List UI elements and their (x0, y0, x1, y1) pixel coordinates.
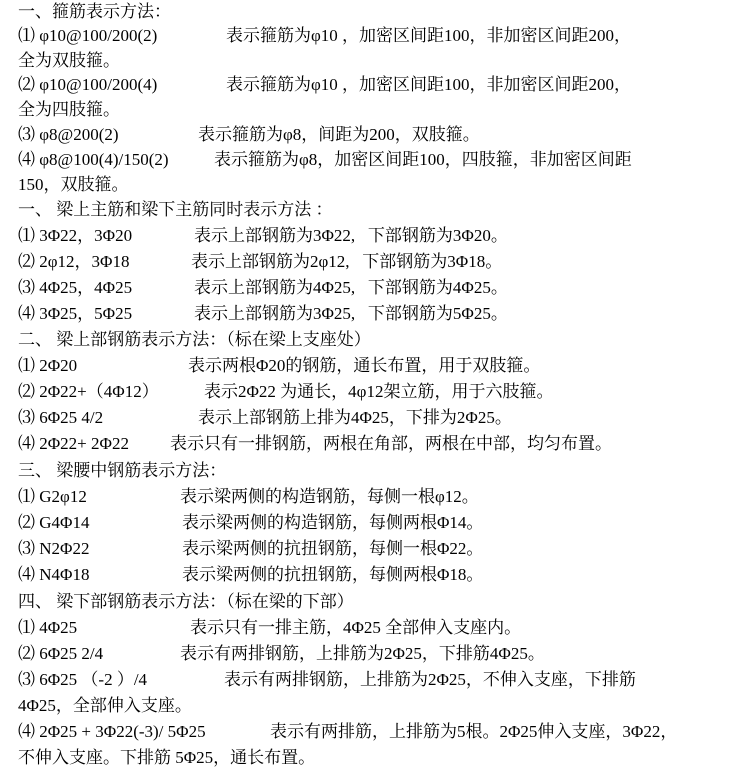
list-item: ⑷ φ8@100(4)/150(2)表示箍筋为φ8，加密区间距100，四肢箍，非… (18, 148, 169, 172)
list-item: ⑴ 2Φ20表示两根Φ20的钢筋，通长布置，用于双肢箍。 (18, 354, 77, 378)
item-number: ⑶ (18, 125, 35, 144)
item-code: 4Φ25，4Φ25 (39, 276, 132, 300)
list-item: ⑴ 3Φ22，3Φ20表示上部钢筋为3Φ22, 下部钢筋为3Φ20。 (18, 224, 132, 248)
item-number: ⑷ (18, 565, 35, 584)
item-continuation: 全为四肢箍。 (18, 98, 120, 122)
item-code: 3Φ22，3Φ20 (39, 224, 132, 248)
list-item: ⑶ 4Φ25，4Φ25表示上部钢筋为4Φ25, 下部钢筋为4Φ25。 (18, 276, 132, 300)
item-number: ⑵ (18, 75, 35, 94)
list-item: ⑶ 6Φ25 4/2表示上部钢筋上排为4Φ25，下排为2Φ25。 (18, 406, 103, 430)
item-code: 2φ12，3Φ18 (39, 250, 129, 274)
item-code: N4Φ18 (39, 563, 89, 587)
section-heading: 一、 梁上主筋和梁下主筋同时表示方法 ： (18, 198, 333, 222)
item-description: 表示2Φ22 为通长，4φ12架立筋，用于六肢箍。 (204, 380, 554, 404)
list-item: ⑴ G2φ12表示梁两侧的构造钢筋，每侧一根φ12。 (18, 485, 87, 509)
item-code: G2φ12 (39, 485, 87, 509)
item-code: 2Φ20 (39, 354, 77, 378)
item-number: ⑵ (18, 513, 35, 532)
item-continuation: 4Φ25，全部伸入支座。 (18, 694, 192, 718)
item-number: ⑷ (18, 304, 35, 323)
item-number: ⑴ (18, 356, 35, 375)
item-number: ⑵ (18, 252, 35, 271)
item-continuation: 150，双肢箍。 (18, 173, 129, 197)
item-description: 表示有两排筋，上排筋为5根。2Φ25伸入支座，3Φ22， (270, 720, 677, 744)
item-code: 2Φ25 + 3Φ22(-3)/ 5Φ25 (39, 720, 205, 744)
item-number: ⑷ (18, 150, 35, 169)
item-code: 3Φ25，5Φ25 (39, 302, 132, 326)
list-item: ⑷ 2Φ22+ 2Φ22表示只有一排钢筋，两根在角部，两根在中部，均匀布置。 (18, 432, 129, 456)
list-item: ⑵ 6Φ25 2/4表示有两排钢筋，上排筋为2Φ25，下排筋4Φ25。 (18, 642, 103, 666)
item-description: 表示上部钢筋为4Φ25, 下部钢筋为4Φ25。 (194, 276, 508, 300)
item-number: ⑶ (18, 670, 35, 689)
list-item: ⑵ G4Φ14表示梁两侧的构造钢筋，每侧两根Φ14。 (18, 511, 89, 535)
item-number: ⑵ (18, 644, 35, 663)
item-continuation: 不伸入支座。下排筋 5Φ25，通长布置。 (18, 746, 315, 770)
item-number: ⑴ (18, 487, 35, 506)
item-code: 6Φ25 （-2 ）/4 (39, 668, 147, 692)
item-number: ⑷ (18, 722, 35, 741)
item-code: N2Φ22 (39, 537, 89, 561)
item-description: 表示只有一排钢筋，两根在角部，两根在中部，均匀布置。 (170, 432, 612, 456)
item-description: 表示上部钢筋为3Φ25, 下部钢筋为5Φ25。 (194, 302, 508, 326)
list-item: ⑶ 6Φ25 （-2 ）/4表示有两排钢筋，上排筋为2Φ25，不伸入支座，下排筋 (18, 668, 147, 692)
item-code: 2Φ22+（4Φ12） (39, 380, 158, 404)
list-item: ⑷ 2Φ25 + 3Φ22(-3)/ 5Φ25表示有两排筋，上排筋为5根。2Φ2… (18, 720, 206, 744)
list-item: ⑶ N2Φ22表示梁两侧的抗扭钢筋，每侧一根Φ22。 (18, 537, 89, 561)
item-number: ⑵ (18, 382, 35, 401)
item-description: 表示上部钢筋为2φ12, 下部钢筋为3Φ18。 (191, 250, 502, 274)
item-description: 表示上部钢筋上排为4Φ25，下排为2Φ25。 (198, 406, 512, 430)
list-item: ⑴ 4Φ25表示只有一排主筋，4Φ25 全部伸入支座内。 (18, 616, 77, 640)
list-item: ⑵ 2Φ22+（4Φ12）表示2Φ22 为通长，4φ12架立筋，用于六肢箍。 (18, 380, 159, 404)
item-description: 表示两根Φ20的钢筋，通长布置，用于双肢箍。 (188, 354, 540, 378)
section-heading: 二、 梁上部钢筋表示方法：（标在梁上支座处） (18, 328, 371, 352)
list-item: ⑵ 2φ12，3Φ18表示上部钢筋为2φ12, 下部钢筋为3Φ18。 (18, 250, 130, 274)
list-item: ⑷ 3Φ25，5Φ25表示上部钢筋为3Φ25, 下部钢筋为5Φ25。 (18, 302, 132, 326)
item-code: 4Φ25 (39, 616, 77, 640)
item-continuation: 全为双肢箍。 (18, 49, 120, 73)
item-number: ⑶ (18, 278, 35, 297)
item-number: ⑶ (18, 408, 35, 427)
item-description: 表示有两排钢筋，上排筋为2Φ25，下排筋4Φ25。 (180, 642, 545, 666)
item-description: 表示梁两侧的构造钢筋，每侧一根φ12。 (180, 485, 479, 509)
section-heading: 四、 梁下部钢筋表示方法：（标在梁的下部） (18, 590, 354, 614)
item-number: ⑴ (18, 618, 35, 637)
item-number: ⑴ (18, 226, 35, 245)
item-code: φ8@100(4)/150(2) (39, 148, 168, 172)
section-heading: 一、箍筋表示方法： (18, 0, 171, 24)
item-description: 表示梁两侧的抗扭钢筋，每侧一根Φ22。 (182, 537, 483, 561)
list-item: ⑶ φ8@200(2)表示箍筋为φ8，间距为200，双肢箍。 (18, 123, 119, 147)
item-description: 表示箍筋为φ10 ，加密区间距100，非加密区间距200， (226, 24, 631, 48)
item-code: 6Φ25 2/4 (39, 642, 103, 666)
item-number: ⑶ (18, 539, 35, 558)
item-description: 表示只有一排主筋，4Φ25 全部伸入支座内。 (190, 616, 521, 640)
list-item: ⑷ N4Φ18表示梁两侧的抗扭钢筋，每侧两根Φ18。 (18, 563, 89, 587)
item-code: φ8@200(2) (39, 123, 118, 147)
item-description: 表示箍筋为φ8，加密区间距100，四肢箍，非加密区间距 (214, 148, 632, 172)
item-description: 表示上部钢筋为3Φ22, 下部钢筋为3Φ20。 (194, 224, 508, 248)
item-code: φ10@100/200(4) (39, 73, 157, 97)
item-number: ⑷ (18, 434, 35, 453)
item-code: 6Φ25 4/2 (39, 406, 103, 430)
section-heading: 三、 梁腰中钢筋表示方法： (18, 459, 226, 483)
item-code: 2Φ22+ 2Φ22 (39, 432, 129, 456)
item-description: 表示有两排钢筋，上排筋为2Φ25，不伸入支座，下排筋 (224, 668, 636, 692)
list-item: ⑵ φ10@100/200(4)表示箍筋为φ10 ，加密区间距100，非加密区间… (18, 73, 157, 97)
item-description: 表示箍筋为φ8，间距为200，双肢箍。 (198, 123, 480, 147)
item-description: 表示箍筋为φ10 ，加密区间距100，非加密区间距200， (226, 73, 631, 97)
item-description: 表示梁两侧的构造钢筋，每侧两根Φ14。 (182, 511, 483, 535)
list-item: ⑴ φ10@100/200(2)表示箍筋为φ10 ，加密区间距100，非加密区间… (18, 24, 157, 48)
item-description: 表示梁两侧的抗扭钢筋，每侧两根Φ18。 (182, 563, 483, 587)
item-number: ⑴ (18, 26, 35, 45)
item-code: φ10@100/200(2) (39, 24, 157, 48)
item-code: G4Φ14 (39, 511, 89, 535)
